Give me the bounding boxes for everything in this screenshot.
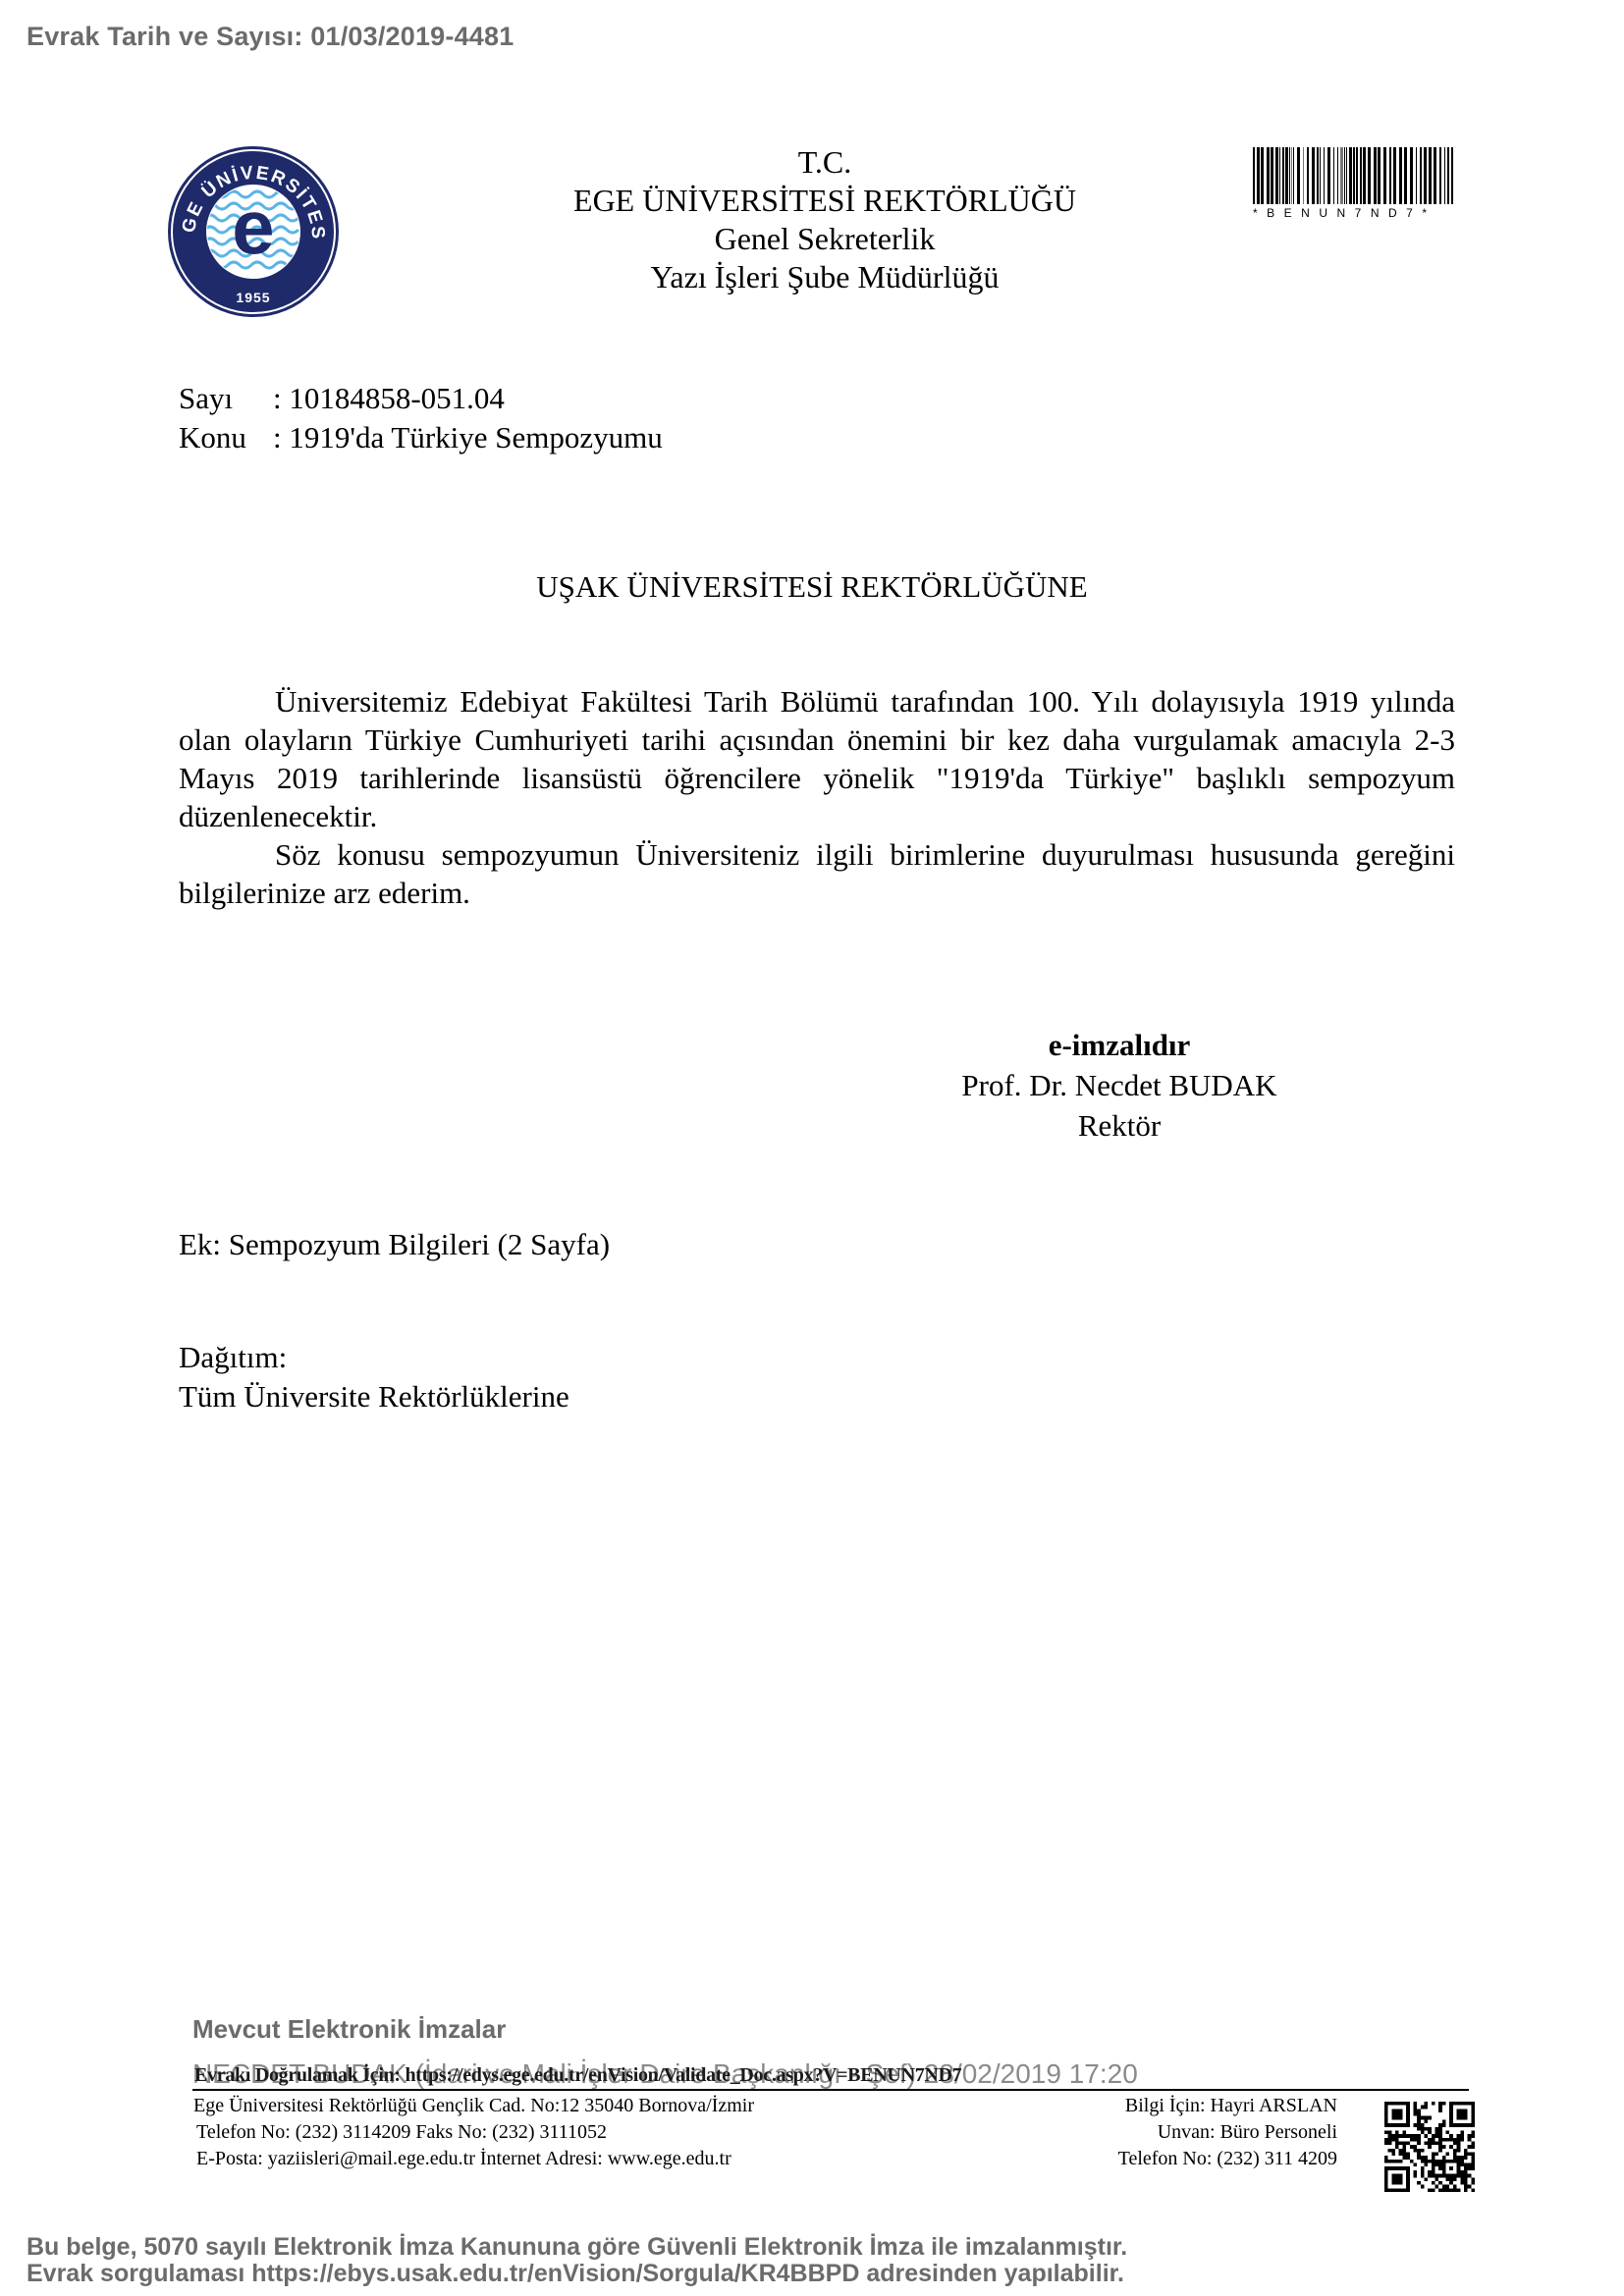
- ege-university-seal-icon: e EGE ÜNİVERSİTESİ 1955: [165, 143, 342, 320]
- addressee: UŞAK ÜNİVERSİTESİ REKTÖRLÜĞÜNE: [0, 569, 1624, 605]
- document-number-value: : 10184858-051.04: [273, 379, 505, 418]
- letter-body: Üniversitemiz Edebiyat Fakültesi Tarih B…: [179, 682, 1455, 912]
- signature-block: e-imzalıdır Prof. Dr. Necdet BUDAK Rektö…: [923, 1025, 1316, 1146]
- verification-link[interactable]: Evrakı Doğrulamak İçin: https://edys.ege…: [194, 2064, 961, 2087]
- document-date-number-stamp: Evrak Tarih ve Sayısı: 01/03/2019-4481: [27, 22, 514, 52]
- qr-code-icon: [1384, 2102, 1475, 2192]
- letterhead-institution: EGE ÜNİVERSİTESİ REKTÖRLÜĞÜ: [530, 182, 1119, 220]
- distribution-recipient: Tüm Üniversite Rektörlüklerine: [179, 1377, 569, 1416]
- barcode-text: *BENUN7ND7*: [1253, 206, 1459, 220]
- info-person-title: Unvan: Büro Personeli: [982, 2119, 1337, 2146]
- e-signature-law-text: Bu belge, 5070 sayılı Elektronik İmza Ka…: [27, 2234, 1127, 2261]
- info-person-phone: Telefon No: (232) 311 4209: [982, 2146, 1337, 2172]
- document-barcode: *BENUN7ND7*: [1253, 147, 1459, 220]
- letterhead: T.C. EGE ÜNİVERSİTESİ REKTÖRLÜĞÜ Genel S…: [530, 143, 1119, 296]
- svg-text:1955: 1955: [236, 290, 270, 305]
- svg-text:e: e: [232, 184, 274, 270]
- signer-name: Prof. Dr. Necdet BUDAK: [923, 1065, 1316, 1105]
- footer-info-contact: Bilgi İçin: Hayri ARSLAN Unvan: Büro Per…: [982, 2093, 1337, 2172]
- document-subject-label: Konu: [179, 418, 273, 457]
- footer-address: Ege Üniversitesi Rektörlüğü Gençlik Cad.…: [193, 2093, 754, 2119]
- letterhead-state: T.C.: [530, 143, 1119, 182]
- document-subject-row: Konu : 1919'da Türkiye Sempozyumu: [179, 418, 663, 457]
- body-paragraph: Üniversitemiz Edebiyat Fakültesi Tarih B…: [179, 682, 1455, 835]
- attachment-note: Ek: Sempozyum Bilgileri (2 Sayfa): [179, 1227, 610, 1262]
- footer-contact: Ege Üniversitesi Rektörlüğü Gençlik Cad.…: [193, 2093, 754, 2172]
- footer-phone-fax: Telefon No: (232) 3114209 Faks No: (232)…: [193, 2119, 754, 2146]
- document-number-row: Sayı : 10184858-051.04: [179, 379, 663, 418]
- footer-email-web: E-Posta: yaziisleri@mail.ege.edu.tr İnte…: [193, 2146, 754, 2172]
- document-query-text: Evrak sorgulaması https://ebys.usak.edu.…: [27, 2261, 1127, 2287]
- barcode-icon: [1253, 147, 1459, 204]
- footer-divider: [192, 2089, 1469, 2091]
- body-paragraph: Söz konusu sempozyumun Üniversiteniz ilg…: [179, 835, 1455, 912]
- electronic-signatures-heading: Mevcut Elektronik İmzalar: [192, 2014, 506, 2045]
- signer-title: Rektör: [923, 1105, 1316, 1146]
- letterhead-department: Genel Sekreterlik: [530, 220, 1119, 258]
- document-subject-value: : 1919'da Türkiye Sempozyumu: [273, 418, 663, 457]
- info-person: Bilgi İçin: Hayri ARSLAN: [982, 2093, 1337, 2119]
- letterhead-unit: Yazı İşleri Şube Müdürlüğü: [530, 258, 1119, 296]
- distribution: Dağıtım: Tüm Üniversite Rektörlüklerine: [179, 1338, 569, 1416]
- distribution-label: Dağıtım:: [179, 1338, 569, 1377]
- e-signature-label: e-imzalıdır: [923, 1025, 1316, 1065]
- e-signature-law-stamp: Bu belge, 5070 sayılı Elektronik İmza Ka…: [27, 2234, 1127, 2287]
- document-meta: Sayı : 10184858-051.04 Konu : 1919'da Tü…: [179, 379, 663, 457]
- document-number-label: Sayı: [179, 379, 273, 418]
